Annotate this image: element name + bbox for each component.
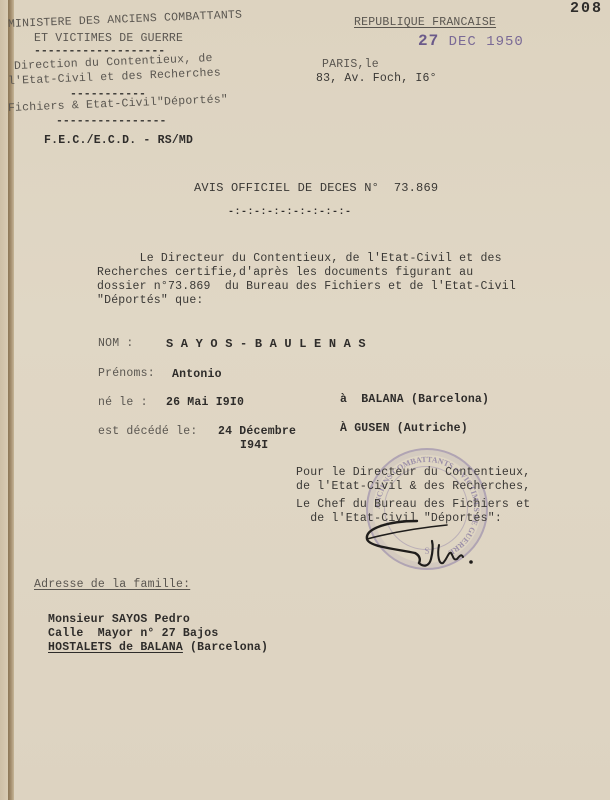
death-label: est décédé le: [98,425,197,439]
birth-label: né le : [98,396,148,410]
page-number: 208 [570,2,603,16]
ministry-line-1: MINISTERE DES ANCIENS COMBATTANTS [8,9,243,32]
death-place: À GUSEN (Autriche) [340,422,468,436]
body-line-4: "Déportés" que: [97,294,204,308]
body-line-1: Le Directeur du Contentieux, de l'Etat-C… [97,252,502,266]
handwritten-signature-icon [357,515,497,575]
death-date-line-2: I94I [240,439,268,453]
ministry-line-2: ET VICTIMES DE GUERRE [34,32,183,46]
body-line-2: Recherches certifie,d'après les document… [97,266,473,280]
signature-line-3: Le Chef du Bureau des Fichiers et [296,498,530,512]
date-stamp-day: 27 [418,32,439,50]
republic-heading: REPUBLIQUE FRANCAISE [354,16,496,30]
family-street: Calle Mayor n° 27 Bajos [48,627,218,641]
office-address: 83, Av. Foch, I6° [316,72,437,86]
family-address-label: Adresse de la famille: [34,578,190,592]
place-paris: PARIS,le [322,58,379,72]
prenoms-value: Antonio [172,368,222,382]
family-town: HOSTALETS de BALANA [48,641,183,654]
document-page: 208 MINISTERE DES ANCIENS COMBATTANTS ET… [0,0,610,800]
title-number: 73.869 [394,181,438,195]
signature-line-1: Pour le Directeur du Contentieux, [296,466,530,480]
birth-date: 26 Mai I9I0 [166,396,244,410]
nom-label: NOM : [98,337,134,351]
prenoms-label: Prénoms: [98,367,155,381]
birth-place: à BALANA (Barcelona) [340,393,489,407]
title-text: AVIS OFFICIEL DE DECES N° [194,181,379,195]
page-fold-shadow [8,0,14,800]
death-date-line-1: 24 Décembre [218,425,296,439]
nom-value: S A Y O S - B A U L E N A S [166,337,366,351]
title-ornament: -:-:-:-:-:-:-:-:-:- [228,206,352,220]
date-stamp-month-year: DEC 1950 [449,34,524,50]
family-province: (Barcelona) [183,641,268,654]
bureau-line: Fichiers & Etat-Civil"Déportés" [8,93,229,116]
family-name: Monsieur SAYOS Pedro [48,613,190,627]
document-title: AVIS OFFICIEL DE DECES N° 73.869 [194,181,438,195]
reference-code: F.E.C./E.C.D. - RS/MD [44,134,193,148]
signature-line-2: de l'Etat-Civil & des Recherches, [296,480,530,494]
body-line-3: dossier n°73.869 du Bureau des Fichiers … [97,280,516,294]
binding-edge [0,0,8,800]
separator-3: ---------------- [56,115,166,129]
date-stamp: 27 DEC 1950 [418,34,524,49]
family-town-line: HOSTALETS de BALANA (Barcelona) [48,641,268,655]
